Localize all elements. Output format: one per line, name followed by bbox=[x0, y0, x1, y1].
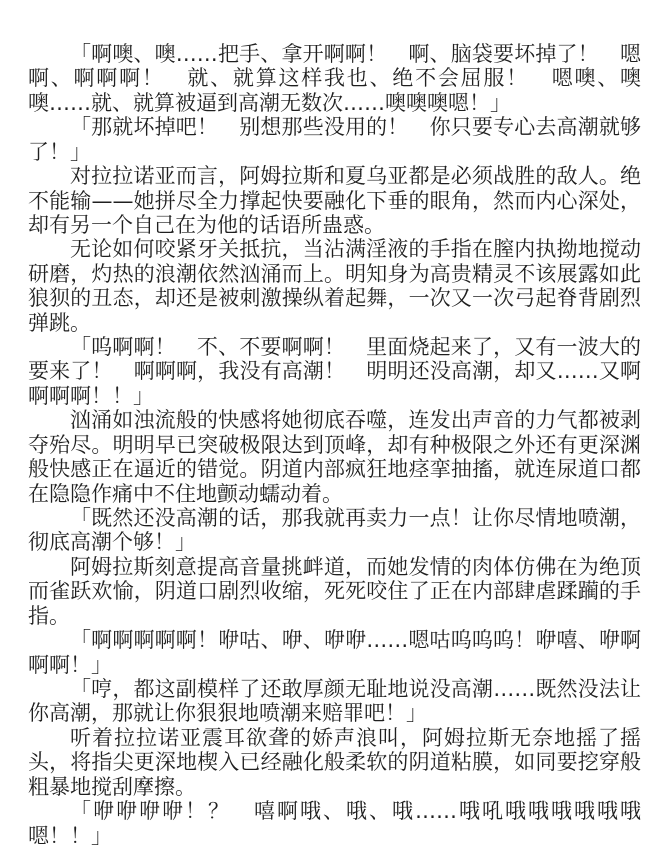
paragraph-narration: 无论如何咬紧牙关抵抗，当沾满淫液的手指在膣内执拗地搅动研磨，灼热的浪潮依然汹涌而… bbox=[28, 237, 641, 335]
paragraph-narration: 听着拉拉诺亚震耳欲聋的娇声浪叫，阿姆拉斯无奈地摇了摇头，将指尖更深地楔入已经融化… bbox=[28, 726, 641, 799]
paragraph-dialogue: 「呜啊啊！ 不、不要啊啊！ 里面烧起来了，又有一波大的要来了！ 啊啊啊，我没有高… bbox=[28, 335, 641, 408]
novel-text-page: 「啊噢、噢……把手、拿开啊啊！ 啊、脑袋要坏掉了！ 嗯啊、啊啊啊！ 就、就算这样… bbox=[28, 42, 641, 848]
paragraph-dialogue: 「咿咿咿咿！？ 嘻啊哦、哦、哦……哦吼哦哦哦哦哦哦嗯！！」 bbox=[28, 799, 641, 848]
paragraph-dialogue: 「啊噢、噢……把手、拿开啊啊！ 啊、脑袋要坏掉了！ 嗯啊、啊啊啊！ 就、就算这样… bbox=[28, 42, 641, 115]
paragraph-dialogue: 「既然还没高潮的话，那我就再卖力一点！让你尽情地喷潮，彻底高潮个够！」 bbox=[28, 506, 641, 555]
paragraph-narration: 汹涌如浊流般的快感将她彻底吞噬，连发出声音的力气都被剥夺殆尽。明明早已突破极限达… bbox=[28, 408, 641, 506]
paragraph-dialogue: 「那就坏掉吧！ 别想那些没用的！ 你只要专心去高潮就够了！」 bbox=[28, 115, 641, 164]
paragraph-narration: 对拉拉诺亚而言，阿姆拉斯和夏乌亚都是必须战胜的敌人。绝不能输——她拼尽全力撑起快… bbox=[28, 164, 641, 237]
paragraph-dialogue: 「啊啊啊啊啊！咿咕、咿、咿咿……嗯咕呜呜呜！咿嘻、咿啊啊啊！」 bbox=[28, 628, 641, 677]
paragraph-dialogue: 「哼，都这副模样了还敢厚颜无耻地说没高潮……既然没法让你高潮，那就让你狠狠地喷潮… bbox=[28, 677, 641, 726]
paragraph-narration: 阿姆拉斯刻意提高音量挑衅道，而她发情的肉体仿佛在为绝顶而雀跃欢愉，阴道口剧烈收缩… bbox=[28, 555, 641, 628]
